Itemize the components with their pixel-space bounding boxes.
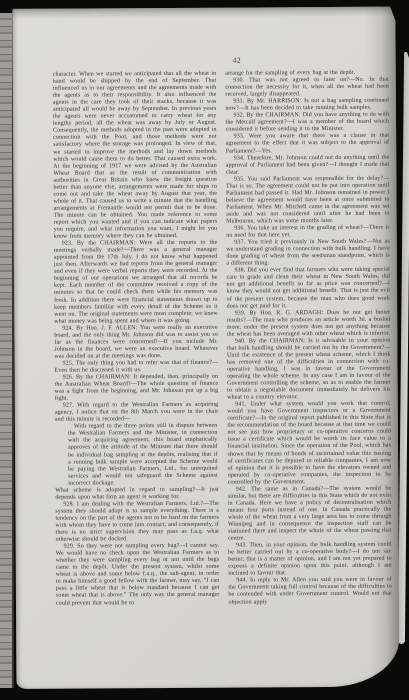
paragraph: 940. By the CHAIRMAN: Is it advisable in… (227, 337, 391, 401)
text-columns: character. When we started we anticipate… (53, 70, 392, 608)
paragraph: 925. The only thing you had to refer was… (54, 360, 218, 375)
paragraph: 932. By the CHAIRMAN: Did you have anyth… (225, 112, 389, 134)
paragraph: 938. Did you ever find that farmers who … (226, 267, 390, 310)
paragraph: With regard to the three points still in… (68, 423, 218, 487)
document-page: 42 character. When we started we anticip… (12, 7, 399, 689)
paragraph: 927. With regard to the Westralian Farme… (55, 402, 219, 424)
paragraph: 928. I am dealing with the Westralian Fa… (55, 501, 219, 544)
right-column: arrange for the sampling of every bag at… (225, 70, 392, 607)
paragraph: 943. Then, in your opinion, the bulk han… (228, 542, 392, 578)
paragraph: character. When we started we anticipate… (53, 71, 218, 241)
paragraph: 926. By the CHAIRMAN: It depended, then,… (55, 374, 219, 403)
paragraph: 934. Therefore, Mr. Johnson could not do… (226, 154, 390, 176)
paragraph: 935. You said Parliament was responsible… (226, 175, 390, 225)
paragraph: 923. By the CHAIRMAN: Were all the repor… (54, 240, 218, 326)
left-column: character. When we started we anticipate… (53, 71, 220, 608)
scanned-page-background: 42 character. When we started we anticip… (0, 0, 409, 700)
paragraph: 941. Under what system would you work th… (227, 401, 391, 487)
paragraph: 930. That was not agreed to later on?—No… (225, 77, 389, 99)
paragraph: 936. You take an interest in the grading… (226, 225, 390, 240)
paragraph: 942. The same as in Canada?—The system w… (228, 485, 392, 542)
page-number: 42 (233, 56, 242, 65)
paragraph: What scheme is adopted in regard to samp… (55, 486, 219, 501)
paragraph: 933. Were you aware that there was a cla… (226, 133, 390, 155)
paragraph: 929. So they were not sampling every bag… (56, 543, 220, 607)
paragraph: 937. You tried it previously in New Sout… (226, 239, 390, 268)
paragraph: 931. By Mr. HARRISON: Is not a bag sampl… (225, 98, 389, 113)
paragraph: 939. By Hon. R. G. ARDAGH: Does he not g… (227, 309, 391, 338)
next-page-edge (398, 52, 409, 644)
binding-edge (0, 13, 14, 688)
paragraph: 924. By Hon. J. F. ALLEN: You were reall… (54, 324, 218, 360)
paragraph: 944. In reply to Mr. Allen you said you … (228, 577, 392, 606)
